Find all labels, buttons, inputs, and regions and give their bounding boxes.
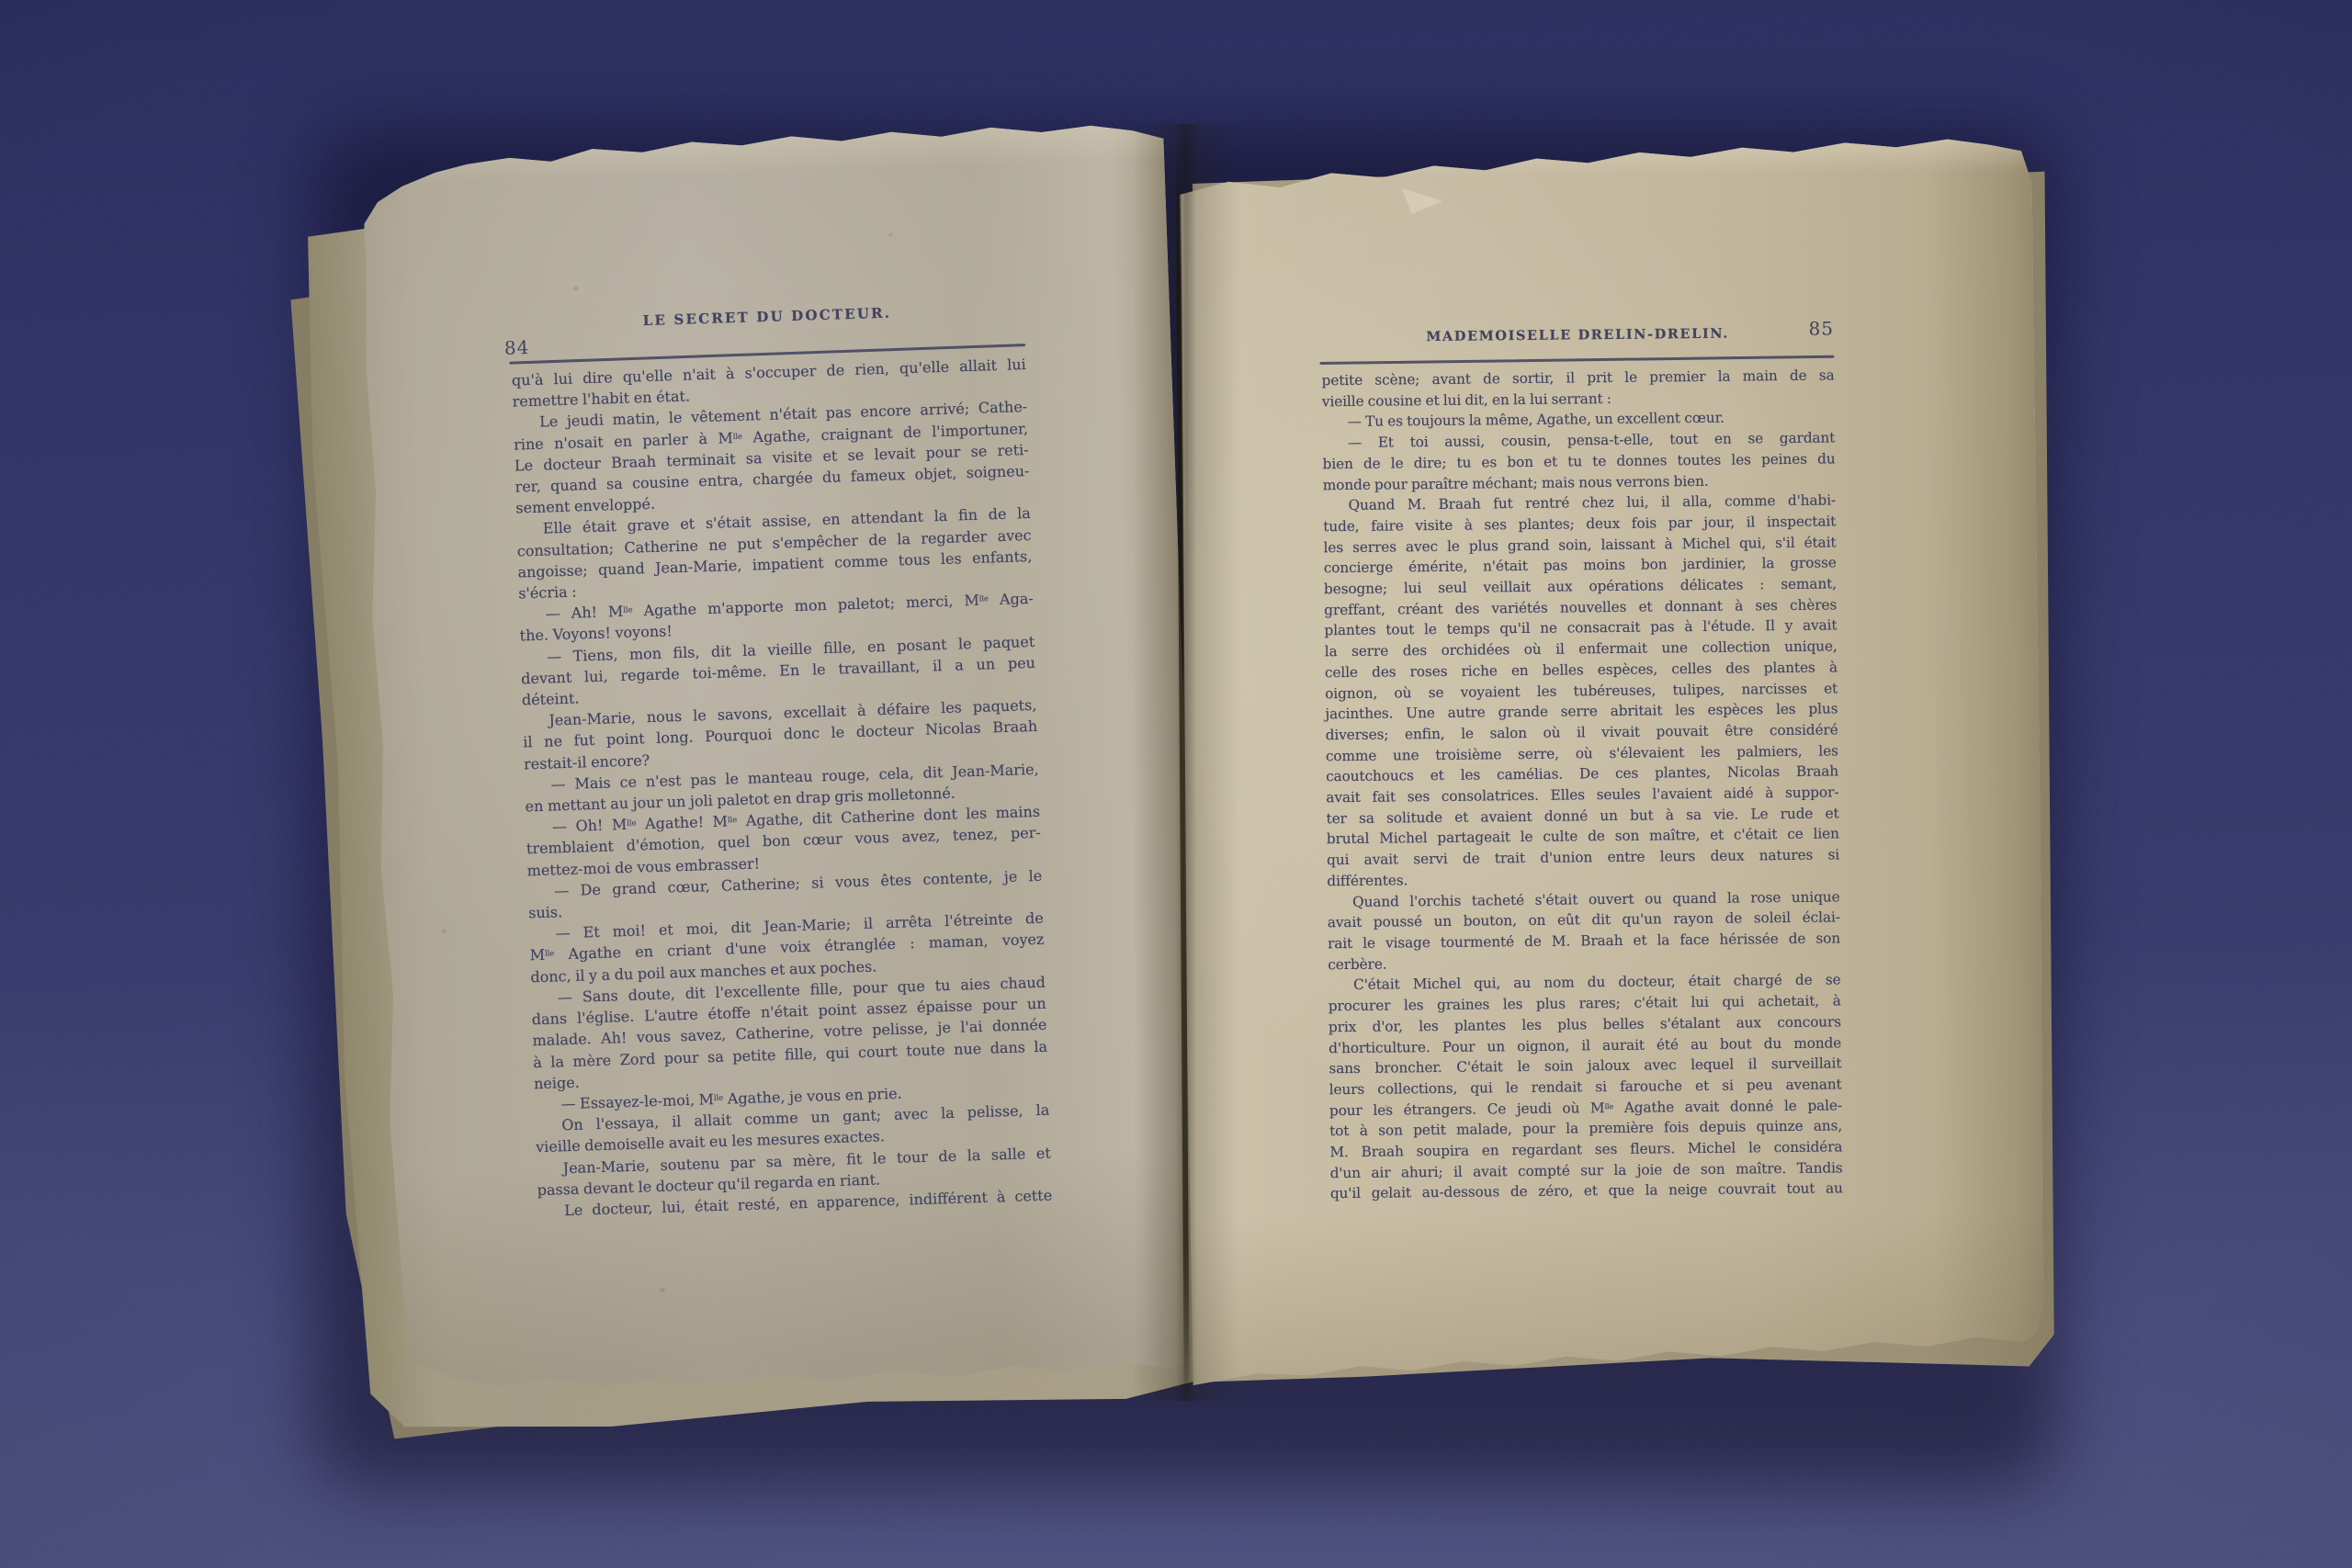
text-line: qu'il gelait au-dessous de zéro, et que … xyxy=(1330,1179,1843,1205)
torn-paper-flap xyxy=(1398,188,1443,218)
header-rule-right xyxy=(1319,355,1834,365)
right-page: MADEMOISELLE DRELIN-DRELIN. 85 petite sc… xyxy=(1177,133,2046,1392)
page-number-left: 84 xyxy=(503,336,529,359)
foxing-speck xyxy=(888,232,893,236)
foxing-speck xyxy=(660,1288,665,1292)
foxing-speck xyxy=(1679,706,1682,710)
foxing-speck xyxy=(573,286,579,290)
left-page: 84 LE SECRET DU DOCTEUR. qu'à lui dire q… xyxy=(334,116,1205,1398)
foxing-speck xyxy=(1385,1105,1389,1109)
running-header-left: LE SECRET DU DOCTEUR. xyxy=(510,300,1024,333)
text-block-right: petite scène; avant de sortir, il prit l… xyxy=(1322,365,1843,1204)
foxing-speck xyxy=(442,929,447,933)
text-block-left: qu'à lui dire qu'elle n'ait à s'occuper … xyxy=(512,354,1053,1222)
photo-of-open-book: 84 LE SECRET DU DOCTEUR. qu'à lui dire q… xyxy=(0,0,2352,1568)
